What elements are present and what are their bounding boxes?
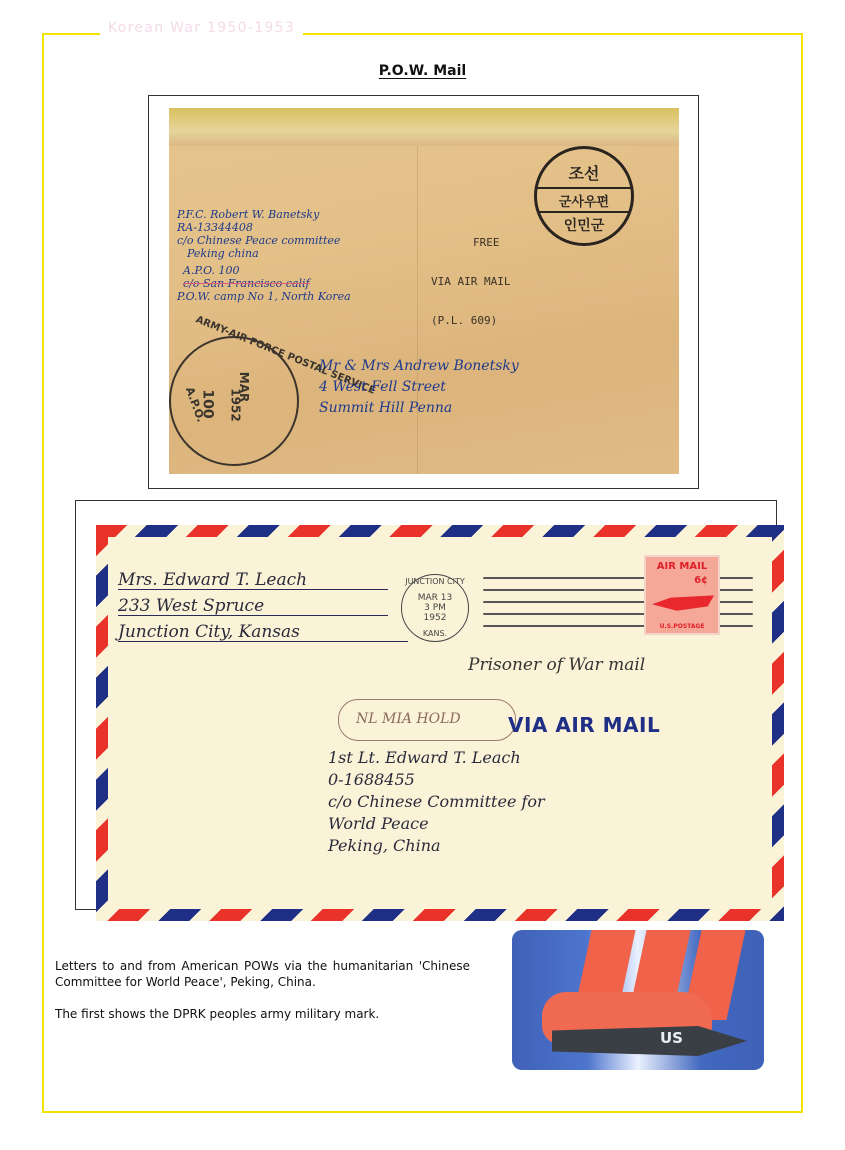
airmail-postage-stamp: AIR MAIL 6¢ U.S.POSTAGE bbox=[644, 555, 720, 635]
mia-hold-note: NL MIA HOLD bbox=[356, 711, 461, 727]
pow-postcard-image: P.F.C. Robert W. Banetsky RA-13344408 c/… bbox=[148, 95, 699, 489]
caption-paragraph-1: Letters to and from American POWs via th… bbox=[55, 958, 470, 990]
recipient-address: Mr & Mrs Andrew Bonetsky 4 West Fell Str… bbox=[319, 356, 519, 419]
frame-title: Korean War 1950-1953 bbox=[100, 20, 303, 36]
postcard: P.F.C. Robert W. Banetsky RA-13344408 c/… bbox=[169, 108, 679, 474]
apo-postmark: ARMY-AIR FORCE POSTAL SERVICE MAR 1952 1… bbox=[169, 336, 299, 466]
poster-label: US bbox=[660, 1029, 683, 1047]
sender-address: P.F.C. Robert W. Banetsky RA-13344408 c/… bbox=[177, 208, 351, 303]
propaganda-poster-image: US bbox=[512, 930, 764, 1070]
pow-mail-note: Prisoner of War mail bbox=[468, 655, 645, 675]
caption-paragraph-2: The first shows the DPRK peoples army mi… bbox=[55, 1006, 470, 1022]
airmail-envelope-image: Mrs. Edward T. Leach 233 West Spruce Jun… bbox=[75, 500, 777, 910]
airmail-envelope: Mrs. Edward T. Leach 233 West Spruce Jun… bbox=[96, 525, 784, 921]
sender-address: Mrs. Edward T. Leach 233 West Spruce Jun… bbox=[118, 567, 307, 645]
via-air-mail-label: VIA AIR MAIL bbox=[508, 713, 660, 737]
page-title: P.O.W. Mail bbox=[0, 63, 845, 79]
airplane-icon bbox=[652, 591, 714, 613]
junction-city-postmark: JUNCTION CITY MAR 13 3 PM 1952 KANS. bbox=[401, 574, 469, 642]
caption: Letters to and from American POWs via th… bbox=[55, 958, 470, 1038]
dprk-military-stamp: 조선 군사우편 인민군 bbox=[534, 146, 634, 246]
free-via-air-mail: FREE VIA AIR MAIL (P.L. 609) bbox=[431, 210, 510, 353]
recipient-address: 1st Lt. Edward T. Leach 0-1688455 c/o Ch… bbox=[328, 747, 545, 857]
